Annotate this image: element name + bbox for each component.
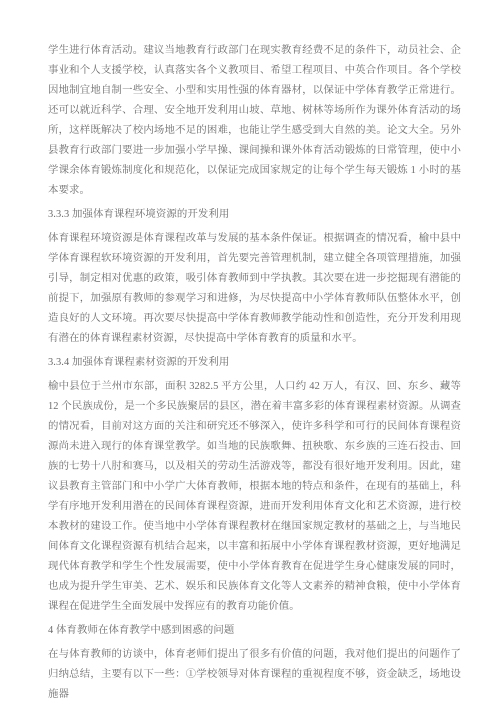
section-heading-3-3-4: 3.3.4 加强体育课程素材资源的开发利用 <box>48 353 461 373</box>
paragraph-continuation: 学生进行体育活动。建议当地教育行政部门在现实教育经费不足的条件下，动员社会、企事… <box>48 41 461 201</box>
section-heading-4: 4 体育教师在体育教学中感到困惑的问题 <box>48 621 461 641</box>
section-heading-3-3-3: 3.3.3 加强体育课程环境资源的开发利用 <box>48 205 461 225</box>
paragraph-teacher-problems: 在与体育教师的访谈中，体育老师们提出了很多有价值的问题，我对他们提出的问题作了归… <box>48 645 461 705</box>
paragraph-environment-resources: 体育课程环境资源是体育课程改革与发展的基本条件保证。根据调查的情况看，榆中县中学… <box>48 229 461 349</box>
paragraph-material-resources: 榆中县位于兰州市东部，面积 3282.5 平方公里，人口约 42 万人，有汉、回… <box>48 377 461 617</box>
document-text-column: 学生进行体育活动。建议当地教育行政部门在现实教育经费不足的条件下，动员社会、企事… <box>48 41 461 705</box>
document-page: 学生进行体育活动。建议当地教育行政部门在现实教育经费不足的条件下，动员社会、企事… <box>0 0 500 707</box>
